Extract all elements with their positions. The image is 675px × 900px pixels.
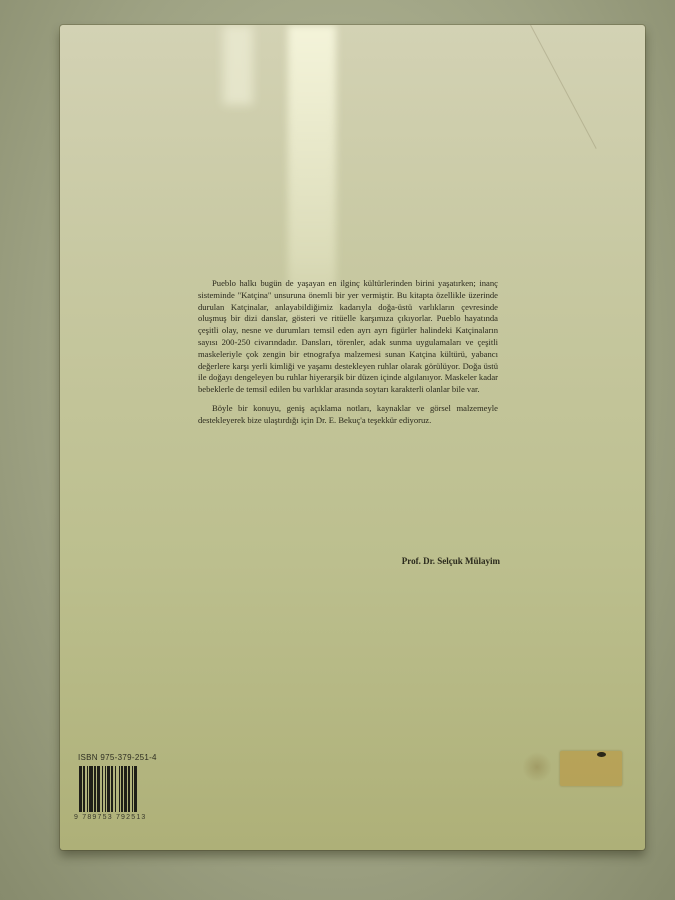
isbn-label: ISBN 975-379-251-4 — [78, 753, 157, 762]
price-sticker-remnant — [560, 751, 622, 786]
blurb-text: Pueblo halkı bugün de yaşayan en ilginç … — [198, 278, 498, 427]
book-back-cover: Pueblo halkı bugün de yaşayan en ilginç … — [60, 25, 645, 850]
cover-crease — [530, 25, 597, 149]
sticker-residue — [522, 752, 552, 782]
barcode-icon — [79, 766, 177, 812]
author-signature: Prof. Dr. Selçuk Mülayim — [390, 556, 500, 566]
barcode-digits: 9 789753 792513 — [74, 814, 147, 821]
light-glare-secondary — [223, 25, 253, 105]
blurb-paragraph-1: Pueblo halkı bugün de yaşayan en ilginç … — [198, 278, 498, 396]
blurb-paragraph-2: Böyle bir konuyu, geniş açıklama notları… — [198, 403, 498, 427]
sticker-mark — [597, 752, 606, 757]
